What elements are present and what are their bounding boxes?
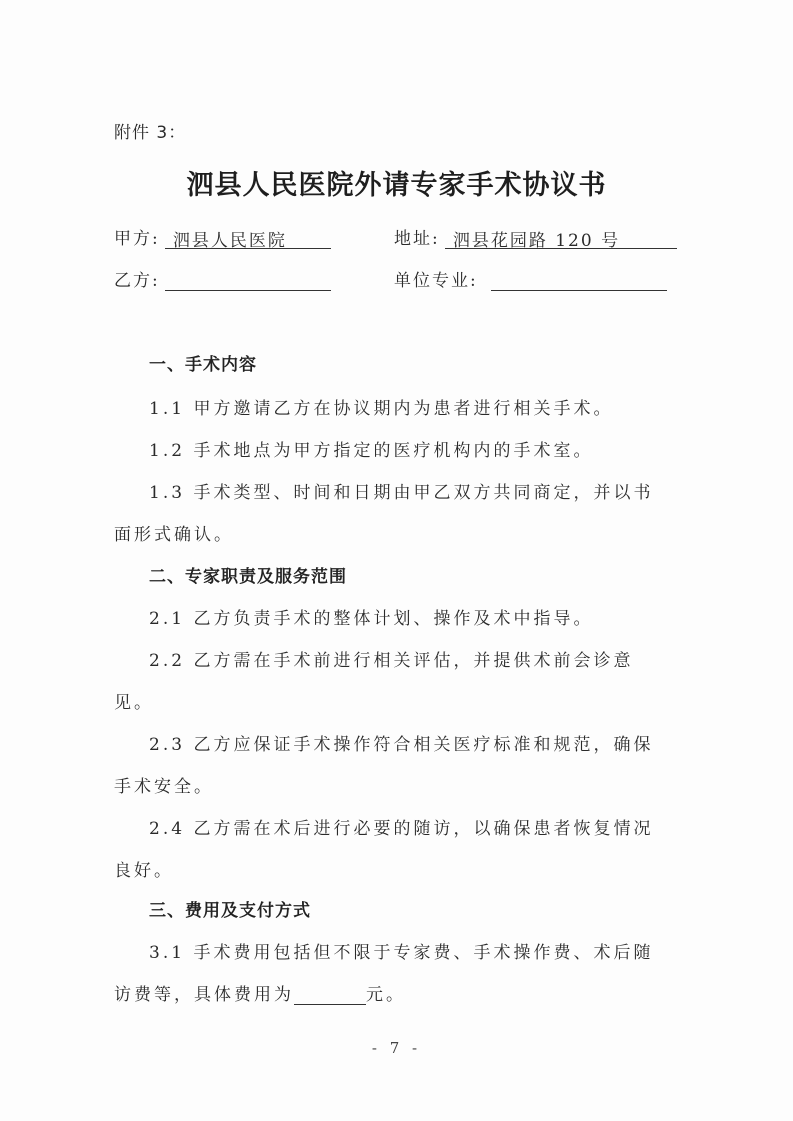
- address-label: 地址:: [394, 229, 440, 249]
- unit-label: 单位专业:: [394, 271, 478, 291]
- section-heading-3: 三、费用及支付方式: [149, 896, 311, 921]
- clause-2-1: 2.1 乙方负责手术的整体计划、操作及术中指导。: [149, 604, 593, 629]
- section-heading-1: 一、手术内容: [149, 350, 257, 375]
- clause-2-3: 2.3 乙方应保证手术操作符合相关医疗标准和规范，确保: [149, 730, 653, 755]
- address-row: 地址: 泗县花园路 120 号: [394, 224, 677, 249]
- clause-3-1-cont-suffix: 元。: [366, 985, 406, 1005]
- clause-1-3: 1.3 手术类型、时间和日期由甲乙双方共同商定，并以书: [149, 478, 653, 503]
- party-b-field[interactable]: [165, 268, 331, 291]
- clause-2-2: 2.2 乙方需在手术前进行相关评估，并提供术前会诊意: [149, 646, 633, 671]
- unit-field[interactable]: [491, 268, 667, 291]
- attachment-label: 附件 3：: [114, 118, 186, 143]
- clause-1-3-cont: 面形式确认。: [114, 520, 234, 545]
- party-a-row: 甲方: 泗县人民医院: [114, 224, 331, 249]
- fee-amount-field[interactable]: [294, 986, 366, 1005]
- document-title: 泗县人民医院外请专家手术协议书: [0, 163, 793, 202]
- clause-3-1-cont: 访费等，具体费用为元。: [114, 980, 406, 1005]
- clause-1-1: 1.1 甲方邀请乙方在协议期内为患者进行相关手术。: [149, 394, 613, 419]
- section-heading-2: 二、专家职责及服务范围: [149, 562, 347, 587]
- clause-3-1-cont-prefix: 访费等，具体费用为: [114, 985, 294, 1005]
- address-field[interactable]: 泗县花园路 120 号: [445, 226, 677, 249]
- unit-row: 单位专业:: [394, 266, 667, 291]
- clause-2-4: 2.4 乙方需在术后进行必要的随访，以确保患者恢复情况: [149, 814, 653, 839]
- clause-2-4-cont: 良好。: [114, 856, 174, 881]
- party-a-field[interactable]: 泗县人民医院: [165, 226, 331, 249]
- party-b-label: 乙方:: [114, 271, 160, 291]
- party-a-label: 甲方:: [114, 229, 160, 249]
- clause-2-3-cont: 手术安全。: [114, 772, 214, 797]
- clause-3-1: 3.1 手术费用包括但不限于专家费、手术操作费、术后随: [149, 938, 653, 963]
- party-b-row: 乙方:: [114, 266, 331, 291]
- document-page: 附件 3： 泗县人民医院外请专家手术协议书 甲方: 泗县人民医院 地址: 泗县花…: [0, 0, 793, 1121]
- clause-2-2-cont: 见。: [114, 688, 154, 713]
- clause-1-2: 1.2 手术地点为甲方指定的医疗机构内的手术室。: [149, 436, 593, 461]
- page-number: - 7 -: [0, 1039, 793, 1057]
